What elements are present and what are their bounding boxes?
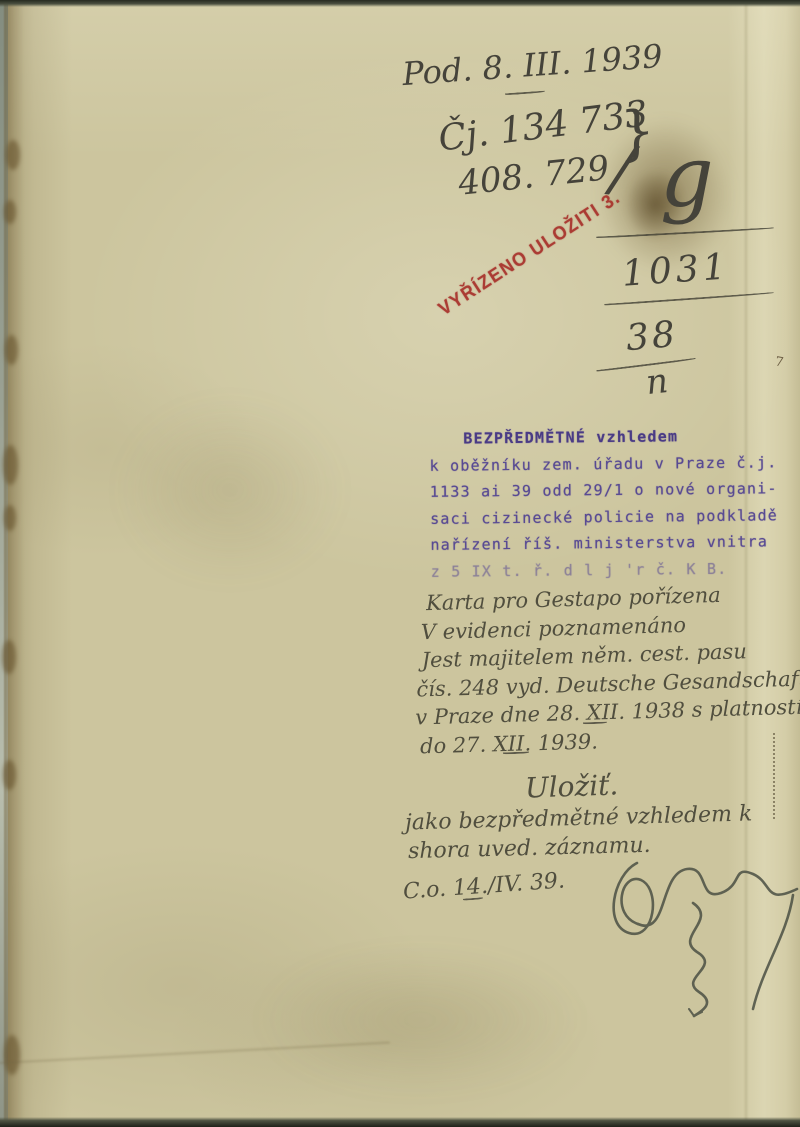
typed-note-line: k oběžníku zem. úřadu v Praze č.j.	[429, 449, 794, 479]
registry-letter-n: n	[644, 361, 670, 403]
edge-stain	[6, 140, 20, 170]
perforation-marks	[773, 733, 775, 819]
handwritten-note: Karta pro Gestapo pořízena V evidenci po…	[414, 579, 800, 761]
edge-stain	[5, 335, 18, 365]
typed-note-line: 1133 ai 39 odd 29/1 o nové organi-	[430, 475, 795, 505]
edge-stain	[3, 760, 16, 790]
edge-stain	[4, 1035, 20, 1075]
edge-stain	[3, 445, 18, 485]
registry-number-1031: 1031	[621, 246, 731, 294]
decision-heading: Uložiť.	[524, 768, 618, 804]
edge-stain	[4, 200, 16, 224]
photo-bottom-edge	[0, 1117, 800, 1127]
registry-number-38: 38	[624, 314, 679, 359]
paper-stain	[120, 400, 340, 580]
typed-note: BEZPŘEDMĚTNÉ vzhledem k oběžníku zem. úř…	[429, 422, 796, 585]
edge-stain	[2, 640, 16, 674]
typed-note-line: nařízení říš. ministerstva vnitra	[430, 528, 795, 558]
registry-letter-g: g	[660, 128, 714, 226]
photo-top-edge	[0, 0, 800, 7]
signature-flourish	[575, 845, 800, 1020]
typed-note-line: saci cizinecké policie na podkladě	[430, 502, 795, 532]
document-photo: Pod. 8. III. 1939 Čj. 134 733 } 408. 729…	[0, 0, 800, 1127]
edge-stain	[4, 505, 16, 531]
paper-stain	[260, 950, 580, 1090]
typed-note-line: BEZPŘEDMĚTNÉ vzhledem	[429, 422, 794, 452]
